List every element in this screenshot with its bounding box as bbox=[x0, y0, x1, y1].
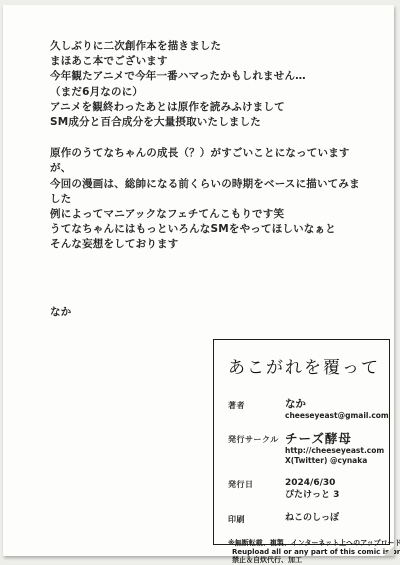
afterword-line: まほあこ本でございます bbox=[50, 54, 370, 69]
author-name: なか bbox=[285, 398, 389, 411]
afterword-line: そんな妄想をしております bbox=[50, 237, 370, 252]
afterword-line: うてなちゃんにはもっといろんなSMをやってほしいなぁと bbox=[50, 222, 370, 237]
afterword-line: （まだ6月なのに） bbox=[50, 85, 370, 100]
colophon-box: あこがれを覆って 著者 なか cheeseyeast@gmail.com 発行サ… bbox=[213, 339, 390, 545]
row-label-circle: 発行サークル bbox=[228, 432, 285, 466]
row-label-author: 著者 bbox=[228, 398, 285, 421]
afterword-line: 久しぶりに二次創作本を描きました bbox=[50, 39, 370, 54]
author-email: cheeseyeast@gmail.com bbox=[285, 411, 389, 421]
colophon-row-printer: 印刷 ねこのしっぽ bbox=[228, 512, 378, 525]
book-title: あこがれを覆って bbox=[228, 353, 378, 378]
notice-line-extra: 禁止＆自炊代行、加工 bbox=[228, 556, 378, 565]
notice-line-jp: ※無断転載、複製、インターネット上へのアップロード禁止。 bbox=[228, 539, 378, 548]
afterword-line: アニメを観終わったあとは原作を読みふけまして bbox=[50, 100, 370, 115]
colophon-row-circle: 発行サークル チーズ酵母 http://cheeseyeast.com X(Tw… bbox=[228, 432, 378, 466]
afterword-line: SM成分と百合成分を大量摂取いたしました bbox=[50, 115, 370, 130]
publish-date: 2024/6/30 bbox=[285, 477, 378, 489]
afterword-line: 例によってマニアックなフェチてんこもりです笑 bbox=[50, 207, 370, 222]
afterword-line: 今年観たアニメで今年一番ハマったかもしれません… bbox=[50, 69, 370, 84]
printer-name: ねこのしっぽ bbox=[285, 512, 378, 524]
afterword-text: 久しぶりに二次創作本を描きました まほあこ本でございます 今年観たアニメで今年一… bbox=[50, 39, 370, 320]
copyright-notice: ※無断転載、複製、インターネット上へのアップロード禁止。 Reupload al… bbox=[228, 539, 378, 565]
afterword-line: 原作のうてなちゃんの成長（？）がすごいことになっていますが、 bbox=[50, 146, 370, 176]
row-label-date: 発行日 bbox=[228, 477, 285, 501]
notice-line-en: Reupload all or any part of this comic i… bbox=[228, 548, 378, 557]
page-corner-shadow bbox=[384, 546, 394, 556]
publish-event: ぴたけっと 3 bbox=[285, 489, 378, 501]
circle-name: チーズ酵母 bbox=[285, 432, 384, 446]
circle-website: http://cheeseyeast.com bbox=[285, 446, 384, 456]
afterword-paragraph-2: 原作のうてなちゃんの成長（？）がすごいことになっていますが、 今回の漫画は、総帥… bbox=[50, 146, 370, 252]
afterword-line: 今回の漫画は、総帥になる前くらいの時期をベースに描いてみました bbox=[50, 177, 370, 207]
circle-twitter: X(Twitter) @cynaka bbox=[285, 456, 384, 466]
colophon-row-author: 著者 なか cheeseyeast@gmail.com bbox=[228, 398, 378, 421]
scan-page: 久しぶりに二次創作本を描きました まほあこ本でございます 今年観たアニメで今年一… bbox=[3, 5, 394, 556]
author-signature: なか bbox=[50, 305, 370, 320]
row-label-printer: 印刷 bbox=[228, 512, 285, 525]
colophon-row-date: 発行日 2024/6/30 ぴたけっと 3 bbox=[228, 477, 378, 501]
afterword-paragraph-1: 久しぶりに二次創作本を描きました まほあこ本でございます 今年観たアニメで今年一… bbox=[50, 39, 370, 130]
